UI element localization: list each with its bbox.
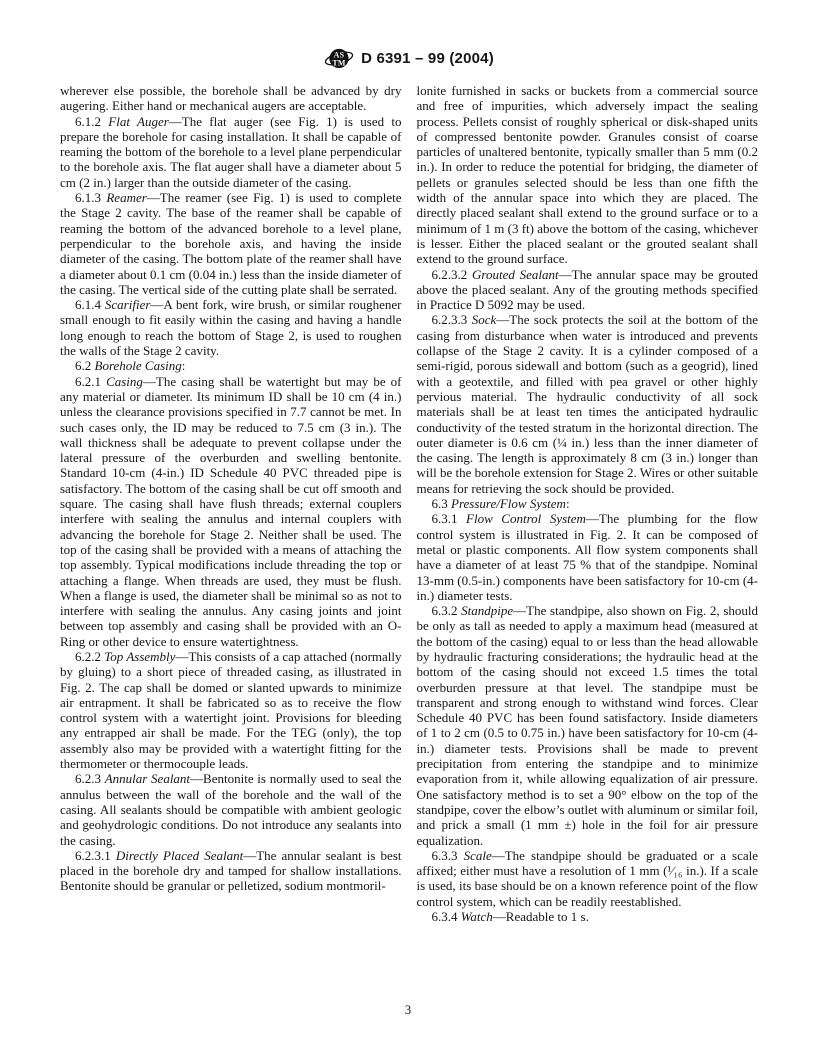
section-number: 6.3.3 (432, 848, 458, 863)
section-number: 6.3.4 (432, 909, 458, 924)
paragraph-6-2-3-3: 6.2.3.3 Sock—The sock protects the soil … (417, 312, 759, 496)
section-number: 6.2.3.3 (432, 312, 468, 327)
section-title: Scale (464, 848, 492, 863)
section-title: Directly Placed Sealant (116, 848, 243, 863)
page-number: 3 (405, 1003, 411, 1017)
paragraph-6-2-2: 6.2.2 Top Assembly—This consists of a ca… (60, 649, 402, 771)
section-number: 6.2.3.2 (432, 267, 468, 282)
paragraph-6-3: 6.3 Pressure/Flow System: (417, 496, 759, 511)
section-number: 6.2.2 (75, 649, 101, 664)
section-title: Flat Auger (108, 114, 169, 129)
paragraph-text: —This consists of a cap attached (normal… (60, 649, 402, 771)
section-title: Annular Sealant (105, 771, 190, 786)
paragraph-6-2-1: 6.2.1 Casing—The casing shall be waterti… (60, 374, 402, 649)
paragraph-6-1-2: 6.1.2 Flat Auger—The flat auger (see Fig… (60, 114, 402, 190)
paragraph-text: : (566, 496, 570, 511)
paragraph-6-2-3-1: 6.2.3.1 Directly Placed Sealant—The annu… (60, 848, 402, 894)
section-title: Flow Control System (466, 511, 586, 526)
section-number: 6.2.3 (75, 771, 101, 786)
section-title: Pressure/Flow System (451, 496, 566, 511)
section-number: 6.2 (75, 358, 91, 373)
paragraph-6-2-3-2: 6.2.3.2 Grouted Sealant—The annular spac… (417, 267, 759, 313)
section-title: Watch (461, 909, 493, 924)
page-footer: 3 (0, 1003, 816, 1018)
section-number: 6.1.3 (75, 190, 101, 205)
paragraph-6-1-4: 6.1.4 Scarifier—A bent fork, wire brush,… (60, 297, 402, 358)
paragraph-6-1-3: 6.1.3 Reamer—The reamer (see Fig. 1) is … (60, 190, 402, 297)
paragraph-6-3-1: 6.3.1 Flow Control System—The plumbing f… (417, 511, 759, 603)
paragraph-text: —The annular space may be grouted above … (417, 267, 759, 313)
paragraph-6-2: 6.2 Borehole Casing: (60, 358, 402, 373)
section-title: Grouted Sealant (472, 267, 559, 282)
section-title: Reamer (106, 190, 146, 205)
paragraph-text: wherever else possible, the borehole sha… (60, 83, 402, 113)
paragraph-6-3-3: 6.3.3 Scale—The standpipe should be grad… (417, 848, 759, 909)
body-columns: wherever else possible, the borehole sha… (60, 83, 758, 924)
paragraph-text: —Readable to 1 s. (493, 909, 589, 924)
paragraph-text: : (182, 358, 186, 373)
section-number: 6.3.2 (432, 603, 458, 618)
page-header: AS TM D 6391 – 99 (2004) (60, 46, 758, 70)
left-column: wherever else possible, the borehole sha… (60, 83, 402, 924)
paragraph-6-3-4: 6.3.4 Watch—Readable to 1 s. (417, 909, 759, 924)
paragraph-text: —The standpipe, also shown on Fig. 2, sh… (417, 603, 759, 847)
astm-logo-icon: AS TM (324, 47, 354, 70)
section-title: Sock (472, 312, 497, 327)
document-page: AS TM D 6391 – 99 (2004) wherever else p… (0, 0, 816, 1056)
section-number: 6.2.1 (75, 374, 101, 389)
section-number: 6.3 (432, 496, 448, 511)
section-title: Borehole Casing (95, 358, 182, 373)
section-title: Scarifier (105, 297, 151, 312)
paragraph-continuation: lonite furnished in sacks or buckets fro… (417, 83, 759, 267)
paragraph-text: —The sock protects the soil at the botto… (417, 312, 759, 495)
section-title: Top Assembly (104, 649, 175, 664)
paragraph-6-2-3: 6.2.3 Annular Sealant—Bentonite is norma… (60, 771, 402, 847)
standard-designation: D 6391 – 99 (2004) (361, 50, 494, 67)
section-title: Casing (106, 374, 143, 389)
section-number: 6.2.3.1 (75, 848, 111, 863)
paragraph-text: —The casing shall be watertight but may … (60, 374, 402, 649)
section-number: 6.3.1 (432, 511, 458, 526)
paragraph-text: —The reamer (see Fig. 1) is used to comp… (60, 190, 402, 297)
paragraph-6-3-2: 6.3.2 Standpipe—The standpipe, also show… (417, 603, 759, 848)
section-title: Standpipe (461, 603, 513, 618)
paragraph-text: lonite furnished in sacks or buckets fro… (417, 83, 759, 266)
astm-logo-letters-bottom: TM (332, 58, 346, 67)
paragraph-continuation: wherever else possible, the borehole sha… (60, 83, 402, 114)
section-number: 6.1.4 (75, 297, 101, 312)
right-column: lonite furnished in sacks or buckets fro… (417, 83, 759, 924)
section-number: 6.1.2 (75, 114, 101, 129)
